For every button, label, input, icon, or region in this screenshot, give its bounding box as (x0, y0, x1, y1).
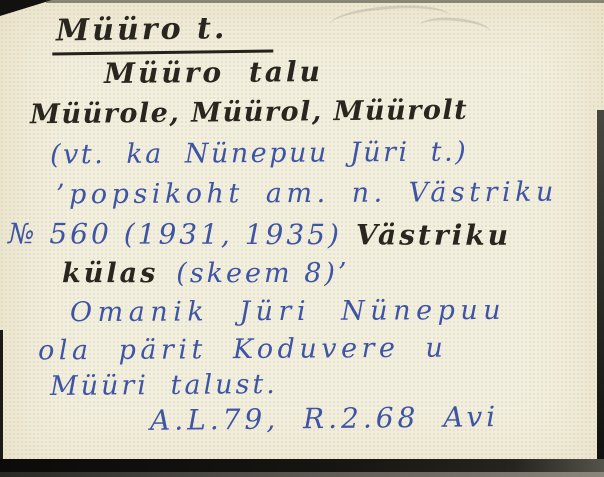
scan-edge-top (46, 0, 604, 3)
ink-segment: Müüri talust. (50, 369, 278, 402)
ink-segment: № 560 (1931, 1935) (8, 217, 342, 251)
scan-edge-bottom (0, 459, 604, 472)
ink-segment: Müüro talu (104, 55, 323, 90)
ink-segment: ’popsikoht am. n. Västriku (56, 177, 558, 211)
handwritten-line-village: külas(skeem 8)’ (62, 258, 349, 289)
ink-segment: ola pärit Koduvere u (38, 333, 448, 367)
ink-segment: Müürole, Müürol, Müürolt (30, 95, 468, 131)
ink-segment: A.L.79, R.2.68 Avi (150, 400, 499, 437)
handwritten-line-origin: ola pärit Koduvere u (38, 333, 448, 367)
ink-segment: (skeem 8)’ (176, 258, 349, 289)
handwritten-line-cross-reference: (vt. ka Nünepuu Jüri t.) (50, 137, 468, 171)
handwritten-line-source-reference: A.L.79, R.2.68 Avi (150, 400, 499, 437)
ink-segment: Omanik Jüri Nünepuu (70, 295, 506, 328)
ink-segment: (vt. ka Nünepuu Jüri t.) (50, 137, 468, 171)
scan-edge-bottom-grey (0, 472, 604, 477)
handwritten-line-origin-farm: Müüri talust. (50, 369, 278, 402)
ink-showthrough-smudge (419, 15, 491, 42)
handwritten-line-case-forms: Müürole, Müürol, Müürolt (30, 95, 468, 131)
card-title-text: Müüro t. (52, 10, 274, 55)
handwritten-line-description: ’popsikoht am. n. Västriku (56, 177, 558, 211)
ink-segment: külas (62, 258, 158, 289)
handwritten-line-owner: Omanik Jüri Nünepuu (70, 295, 506, 328)
scan-edge-left (0, 330, 3, 462)
handwritten-line-farm-name: Müüro talu (104, 55, 323, 90)
scan-edge-right (597, 110, 604, 462)
ink-segment: Västriku (356, 218, 511, 252)
card-title: Müüro t. (52, 10, 274, 55)
scan-edge-corner (0, 0, 52, 16)
handwritten-line-number-years: № 560 (1931, 1935)Västriku (8, 217, 511, 252)
index-card: Müüro t. Müüro talu Müürole, Müürol, Müü… (0, 0, 604, 477)
